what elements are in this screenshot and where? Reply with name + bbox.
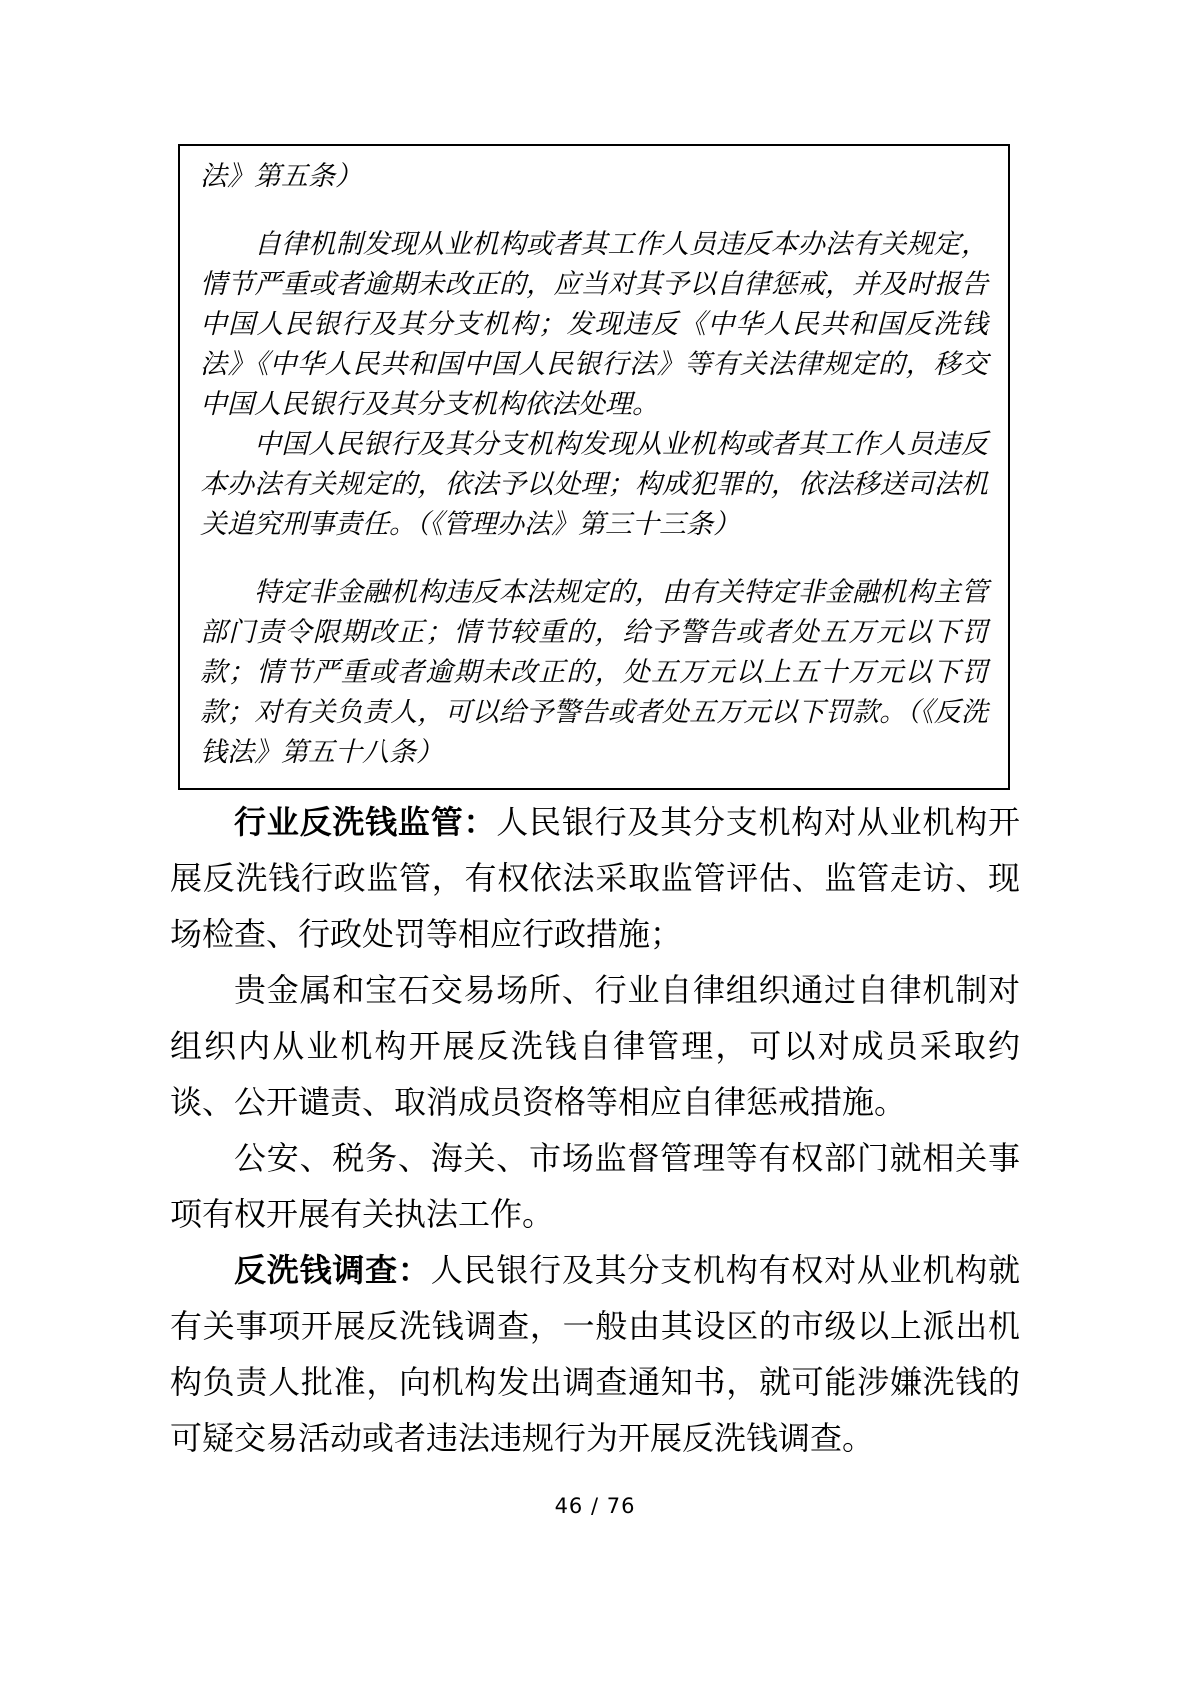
boxed-paragraph: 自律机制发现从业机构或者其工作人员违反本办法有关规定，情节严重或者逾期未改正的，… bbox=[200, 224, 988, 424]
page-number-indicator: 46 / 76 bbox=[0, 1494, 1190, 1518]
body-paragraph: 行业反洗钱监管：人民银行及其分支机构对从业机构开展反洗钱行政监管，有权依法采取监… bbox=[170, 794, 1020, 962]
boxed-paragraph: 法》第五条） bbox=[200, 156, 988, 196]
body-paragraph: 公安、税务、海关、市场监督管理等有权部门就相关事项有权开展有关执法工作。 bbox=[170, 1130, 1020, 1242]
boxed-paragraph: 中国人民银行及其分支机构发现从业机构或者其工作人员违反本办法有关规定的，依法予以… bbox=[200, 424, 988, 544]
paragraph-lead: 行业反洗钱监管： bbox=[234, 804, 496, 840]
boxed-paragraph: 特定非金融机构违反本法规定的，由有关特定非金融机构主管部门责令限期改正；情节较重… bbox=[200, 572, 988, 772]
paragraph-lead: 反洗钱调查： bbox=[234, 1252, 431, 1288]
body-paragraph: 贵金属和宝石交易场所、行业自律组织通过自律机制对组织内从业机构开展反洗钱自律管理… bbox=[170, 962, 1020, 1130]
body-paragraph: 反洗钱调查：人民银行及其分支机构有权对从业机构就有关事项开展反洗钱调查，一般由其… bbox=[170, 1242, 1020, 1466]
boxed-excerpt: 法》第五条）自律机制发现从业机构或者其工作人员违反本办法有关规定，情节严重或者逾… bbox=[178, 144, 1010, 790]
body-text: 行业反洗钱监管：人民银行及其分支机构对从业机构开展反洗钱行政监管，有权依法采取监… bbox=[170, 794, 1020, 1466]
document-page: { "document": { "boxed_excerpt": { "para… bbox=[0, 0, 1190, 1683]
